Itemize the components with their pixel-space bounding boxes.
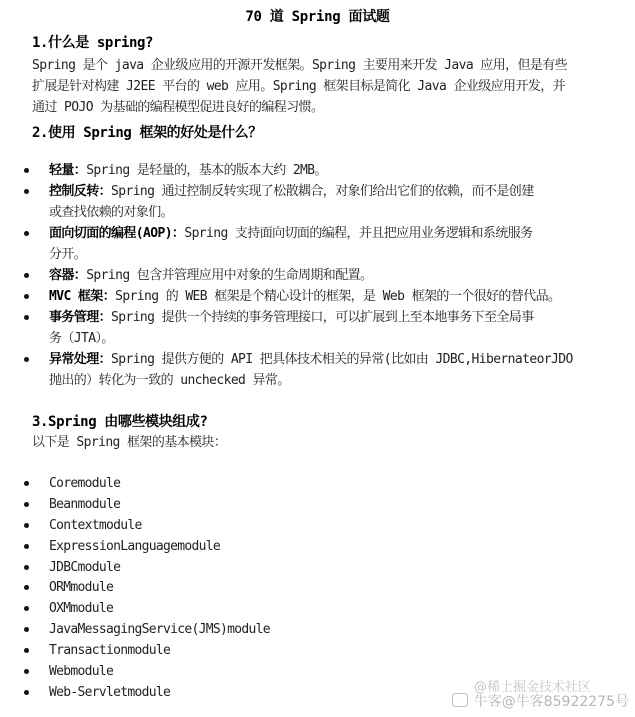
module-name: ExpressionLanguagemodule bbox=[49, 536, 220, 557]
bullet-icon bbox=[24, 544, 29, 549]
bullet-icon bbox=[24, 585, 29, 590]
document-page: 70 道 Spring 面试题 1.什么是 spring? Spring 是个 … bbox=[0, 0, 635, 717]
benefit-text-continued: 抛出的）转化为一致的 unchecked 异常。 bbox=[49, 370, 290, 391]
bullet-icon bbox=[24, 669, 29, 674]
bullet-icon bbox=[24, 502, 29, 507]
benefit-text: Spring 提供一个持续的事务管理接口，可以扩展到上至本地事务下至全局事 bbox=[111, 310, 534, 325]
section-1-heading: 1.什么是 spring? bbox=[32, 32, 153, 52]
module-name: Web-Servletmodule bbox=[49, 682, 170, 703]
module-name: Transactionmodule bbox=[49, 640, 170, 661]
bullet-icon bbox=[24, 294, 29, 299]
benefit-text: Spring 的 WEB 框架是个精心设计的框架，是 Web 框架的一个很好的替… bbox=[115, 289, 560, 304]
watermark-nowcoder: 牛客@牛客85922275号 bbox=[474, 694, 629, 710]
section-3-intro: 以下是 Spring 框架的基本模块： bbox=[32, 432, 226, 453]
section-1-line-2: 扩展是针对构建 J2EE 平台的 web 应用。Spring 框架目标是简化 J… bbox=[32, 76, 565, 97]
bullet-icon bbox=[24, 606, 29, 611]
module-name: JavaMessagingService(JMS)module bbox=[49, 619, 270, 640]
benefit-term: 轻量： bbox=[49, 163, 86, 178]
bullet-icon bbox=[24, 168, 29, 173]
watermark: @稀土掘金技术社区 牛客@牛客85922275号 bbox=[452, 691, 629, 711]
module-name: Contextmodule bbox=[49, 515, 142, 536]
section-1-line-3: 通过 POJO 为基础的编程模型促进良好的编程习惯。 bbox=[32, 97, 323, 118]
benefit-term: 面向切面的编程(AOP)： bbox=[49, 226, 184, 241]
section-1-line-1: Spring 是个 java 企业级应用的开源开发框架。Spring 主要用来开… bbox=[32, 55, 567, 76]
section-3-heading: 3.Spring 由哪些模块组成? bbox=[32, 411, 208, 431]
bullet-icon bbox=[24, 357, 29, 362]
benefit-term: 控制反转： bbox=[49, 184, 111, 199]
benefit-text: Spring 包含并管理应用中对象的生命周期和配置。 bbox=[86, 268, 372, 283]
benefit-text: Spring 通过控制反转实现了松散耦合，对象们给出它们的依赖，而不是创建 bbox=[111, 184, 534, 199]
benefit-term: MVC 框架： bbox=[49, 289, 115, 304]
section-2-heading: 2.使用 Spring 框架的好处是什么？ bbox=[32, 122, 262, 142]
bullet-icon bbox=[24, 315, 29, 320]
benefit-text-continued: 分开。 bbox=[49, 244, 86, 265]
module-name: ORMmodule bbox=[49, 577, 113, 598]
benefit-text-continued: 或查找依赖的对象们。 bbox=[49, 202, 173, 223]
benefit-text: Spring 支持面向切面的编程，并且把应用业务逻辑和系统服务 bbox=[184, 226, 532, 241]
module-name: JDBCmodule bbox=[49, 557, 120, 578]
bullet-icon bbox=[24, 648, 29, 653]
module-name: Coremodule bbox=[49, 473, 120, 494]
benefit-term: 事务管理： bbox=[49, 310, 111, 325]
module-name: Webmodule bbox=[49, 661, 113, 682]
benefit-term: 异常处理： bbox=[49, 352, 111, 367]
document-title: 70 道 Spring 面试题 bbox=[0, 6, 635, 26]
bullet-icon bbox=[24, 189, 29, 194]
bullet-icon bbox=[24, 273, 29, 278]
bullet-icon bbox=[24, 231, 29, 236]
benefit-text: Spring 提供方便的 API 把具体技术相关的异常(比如由 JDBC,Hib… bbox=[111, 352, 573, 367]
bullet-icon bbox=[24, 523, 29, 528]
bullet-icon bbox=[24, 627, 29, 632]
module-name: OXMmodule bbox=[49, 598, 113, 619]
benefit-text: Spring 是轻量的，基本的版本大约 2MB。 bbox=[86, 163, 327, 178]
bullet-icon bbox=[24, 481, 29, 486]
benefit-text-continued: 务（JTA）。 bbox=[49, 328, 114, 349]
bullet-icon bbox=[24, 690, 29, 695]
nowcoder-logo-icon bbox=[452, 693, 468, 707]
bullet-icon bbox=[24, 565, 29, 570]
benefit-term: 容器： bbox=[49, 268, 86, 283]
module-name: Beanmodule bbox=[49, 494, 120, 515]
